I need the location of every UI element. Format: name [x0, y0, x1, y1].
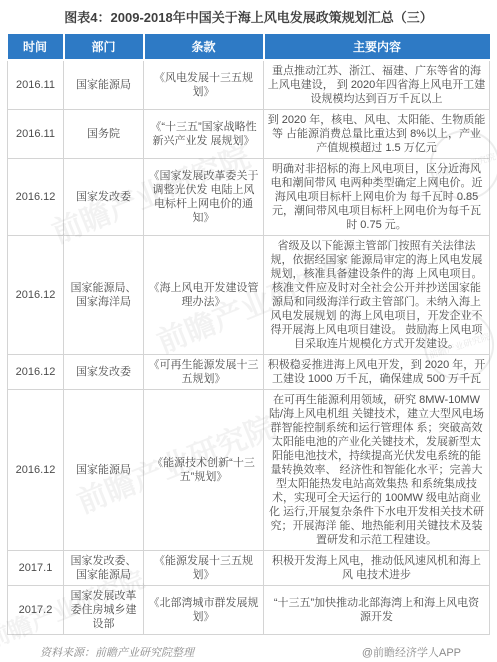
cell-dept: 国家发改委、国家能源局: [64, 551, 144, 586]
cell-content: 积极开发海上风电，推动低风速风机和海上风 电技术进步: [264, 551, 490, 586]
cell-time: 2016.12: [8, 390, 64, 551]
table-row: 2016.11 国家能源局 《风电发展十三五规划》 重点推动江苏、浙江、福建、广…: [8, 60, 490, 110]
cell-content: 明确对非招标的海上风电项目，区分近海风电和潮间带风 电两种类型确定上网电价。近海…: [264, 159, 490, 236]
footer: 资料来源：前瞻产业研究院整理 @前瞻经济学人APP: [0, 635, 497, 660]
page-title: 图表4：2009-2018年中国关于海上风电发展政策规划汇总（三）: [0, 0, 497, 34]
table-row: 2017.1 国家发改委、国家能源局 《能源发展十三五规划》 积极开发海上风电，…: [8, 551, 490, 586]
cell-content: 在可再生能源利用领域，研究 8MW-10MW 陆/海上风电机组 关键技术，建立大…: [264, 390, 490, 551]
cell-clause: 《能源发展十三五规划》: [144, 551, 264, 586]
cell-time: 2017.2: [8, 586, 64, 635]
table-row: 2016.12 国家能源局、国家海洋局 《海上风电开发建设管理办法》 省级及以下…: [8, 236, 490, 355]
cell-dept: 国家能源局: [64, 390, 144, 551]
header-dept: 部门: [64, 34, 144, 60]
table-row: 2016.12 国家能源局 《能源技术创新“十三五”规划》 在可再生能源利用领域…: [8, 390, 490, 551]
cell-content: 到 2020 年，核电、风电、太阳能、生物质能等 占能源消费总量比重达到 8%以…: [264, 110, 490, 159]
cell-dept: 国家能源局、国家海洋局: [64, 236, 144, 355]
cell-dept: 国家发改委: [64, 355, 144, 390]
cell-time: 2016.11: [8, 110, 64, 159]
cell-content: 积极稳妥推进海上风电开发，到 2020 年，开工建设 1000 万千瓦，确保建成…: [264, 355, 490, 390]
cell-dept: 国家发改委: [64, 159, 144, 236]
cell-time: 2016.12: [8, 355, 64, 390]
cell-time: 2016.11: [8, 60, 64, 110]
credit-note: @前瞻经济学人APP: [362, 644, 461, 660]
cell-dept: 国务院: [64, 110, 144, 159]
policy-table: 时间 部门 条款 主要内容 2016.11 国家能源局 《风电发展十三五规划》 …: [7, 34, 490, 635]
cell-time: 2016.12: [8, 236, 64, 355]
table-row: 2016.11 国务院 《“十三五”国家战略性新兴产业发 展规划》 到 2020…: [8, 110, 490, 159]
table-header: 时间 部门 条款 主要内容: [8, 34, 490, 60]
cell-content: 省级及以下能源主管部门按照有关法律法规，依据经国家 能源局审定的海上风电发展规划…: [264, 236, 490, 355]
cell-clause: 《风电发展十三五规划》: [144, 60, 264, 110]
cell-time: 2016.12: [8, 159, 64, 236]
table-row: 2016.12 国家发改委 《国家发展改革委关于调整光伏发 电陆上风电标杆上网电…: [8, 159, 490, 236]
cell-clause: 《国家发展改革委关于调整光伏发 电陆上风电标杆上网电价的通知》: [144, 159, 264, 236]
cell-clause: 《可再生能源发展十三五规划》: [144, 355, 264, 390]
cell-clause: 《“十三五”国家战略性新兴产业发 展规划》: [144, 110, 264, 159]
cell-clause: 《海上风电开发建设管理办法》: [144, 236, 264, 355]
table-row: 2016.12 国家发改委 《可再生能源发展十三五规划》 积极稳妥推进海上风电开…: [8, 355, 490, 390]
cell-clause: 《能源技术创新“十三五”规划》: [144, 390, 264, 551]
cell-content: “十三五”加快推动北部海湾上和海上风电资 源开发: [264, 586, 490, 635]
table-row: 2017.2 国家发展改革委住房城乡建设部 《北部湾城市群发展规 划》 “十三五…: [8, 586, 490, 635]
cell-clause: 《北部湾城市群发展规 划》: [144, 586, 264, 635]
source-note: 资料来源：前瞻产业研究院整理: [40, 644, 194, 660]
header-clause: 条款: [144, 34, 264, 60]
header-content: 主要内容: [264, 34, 490, 60]
table-body: 2016.11 国家能源局 《风电发展十三五规划》 重点推动江苏、浙江、福建、广…: [8, 60, 490, 635]
cell-time: 2017.1: [8, 551, 64, 586]
cell-dept: 国家能源局: [64, 60, 144, 110]
cell-dept: 国家发展改革委住房城乡建设部: [64, 586, 144, 635]
cell-content: 重点推动江苏、浙江、福建、广东等省的海上风电建设， 到 2020年四省海上风电开…: [264, 60, 490, 110]
header-time: 时间: [8, 34, 64, 60]
